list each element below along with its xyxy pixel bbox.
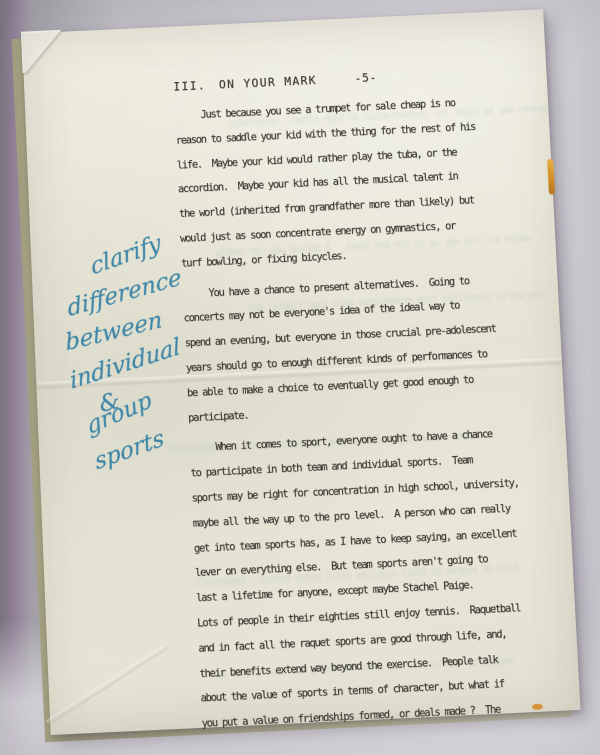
orange-stain-edge bbox=[547, 159, 555, 195]
document-page: sports may be right for concentration in… bbox=[22, 9, 581, 735]
paragraph: When it comes to sport, everyone ought t… bbox=[189, 426, 557, 743]
margin-annotation: clarifydifferencebetweenindividual&group… bbox=[22, 24, 243, 530]
corner-crease bbox=[46, 644, 168, 726]
page-title: ON YOUR MARK bbox=[219, 73, 318, 91]
photo-background: sports may be right for concentration in… bbox=[0, 0, 600, 755]
handwritten-word: difference bbox=[66, 264, 183, 322]
page-number: -5- bbox=[354, 70, 377, 85]
